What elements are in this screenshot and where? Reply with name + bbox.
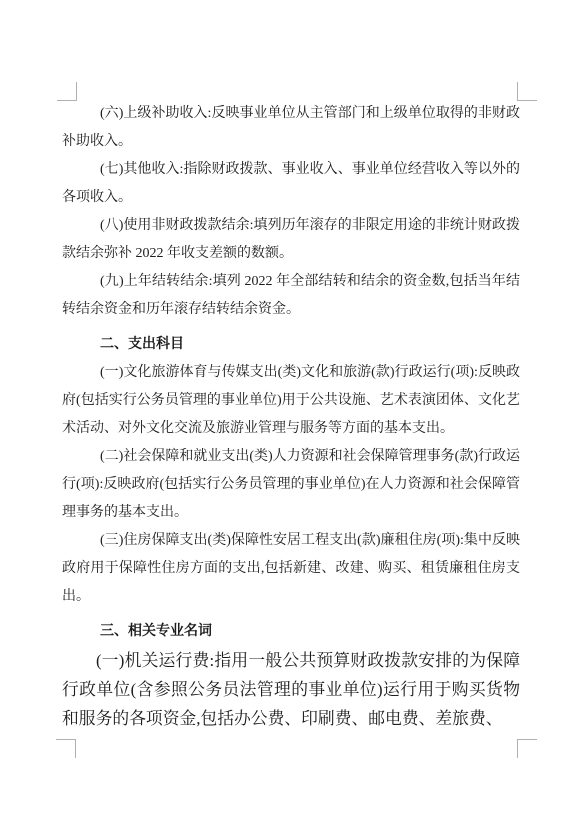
para-agency-operating-expense: (一)机关运行费:指用一般公共预算财政拨款安排的为保障行政单位(含参照公务员法管… [62, 646, 520, 733]
text-boundary-mark-bottom-left [56, 739, 76, 758]
para-housing-security-expenditure: (三)住房保障支出(类)保障性安居工程支出(款)廉租住房(项):集中反映政府用于… [62, 527, 520, 611]
para-superior-subsidy-income: (六)上级补助收入:反映事业单位从主管部门和上级单位取得的非财政补助收入。 [62, 100, 520, 156]
para-use-of-non-fiscal-carryover: (八)使用非财政拨款结余:填列历年滚存的非限定用途的非统计财政拨款结余弥补 20… [62, 212, 520, 268]
text-boundary-mark-bottom-right [517, 739, 537, 758]
document-body: (六)上级补助收入:反映事业单位从主管部门和上级单位取得的非财政补助收入。 (七… [62, 100, 520, 733]
text-boundary-mark-top-right [517, 82, 537, 101]
document-page: (六)上级补助收入:反映事业单位从主管部门和上级单位取得的非财政补助收入。 (七… [0, 0, 588, 836]
para-culture-tourism-expenditure: (一)文化旅游体育与传媒支出(类)文化和旅游(款)行政运行(项):反映政府(包括… [62, 359, 520, 443]
para-prior-year-carryover: (九)上年结转结余:填列 2022 年全部结转和结余的资金数,包括当年结转结余资… [62, 268, 520, 324]
heading-expenditure-subjects: 二、支出科目 [62, 331, 520, 359]
para-other-income: (七)其他收入:指除财政拨款、事业收入、事业单位经营收入等以外的各项收入。 [62, 156, 520, 212]
para-social-security-expenditure: (二)社会保障和就业支出(类)人力资源和社会保障管理事务(款)行政运行(项):反… [62, 443, 520, 527]
heading-related-terms: 三、相关专业名词 [62, 618, 520, 646]
text-boundary-mark-top-left [57, 82, 77, 101]
